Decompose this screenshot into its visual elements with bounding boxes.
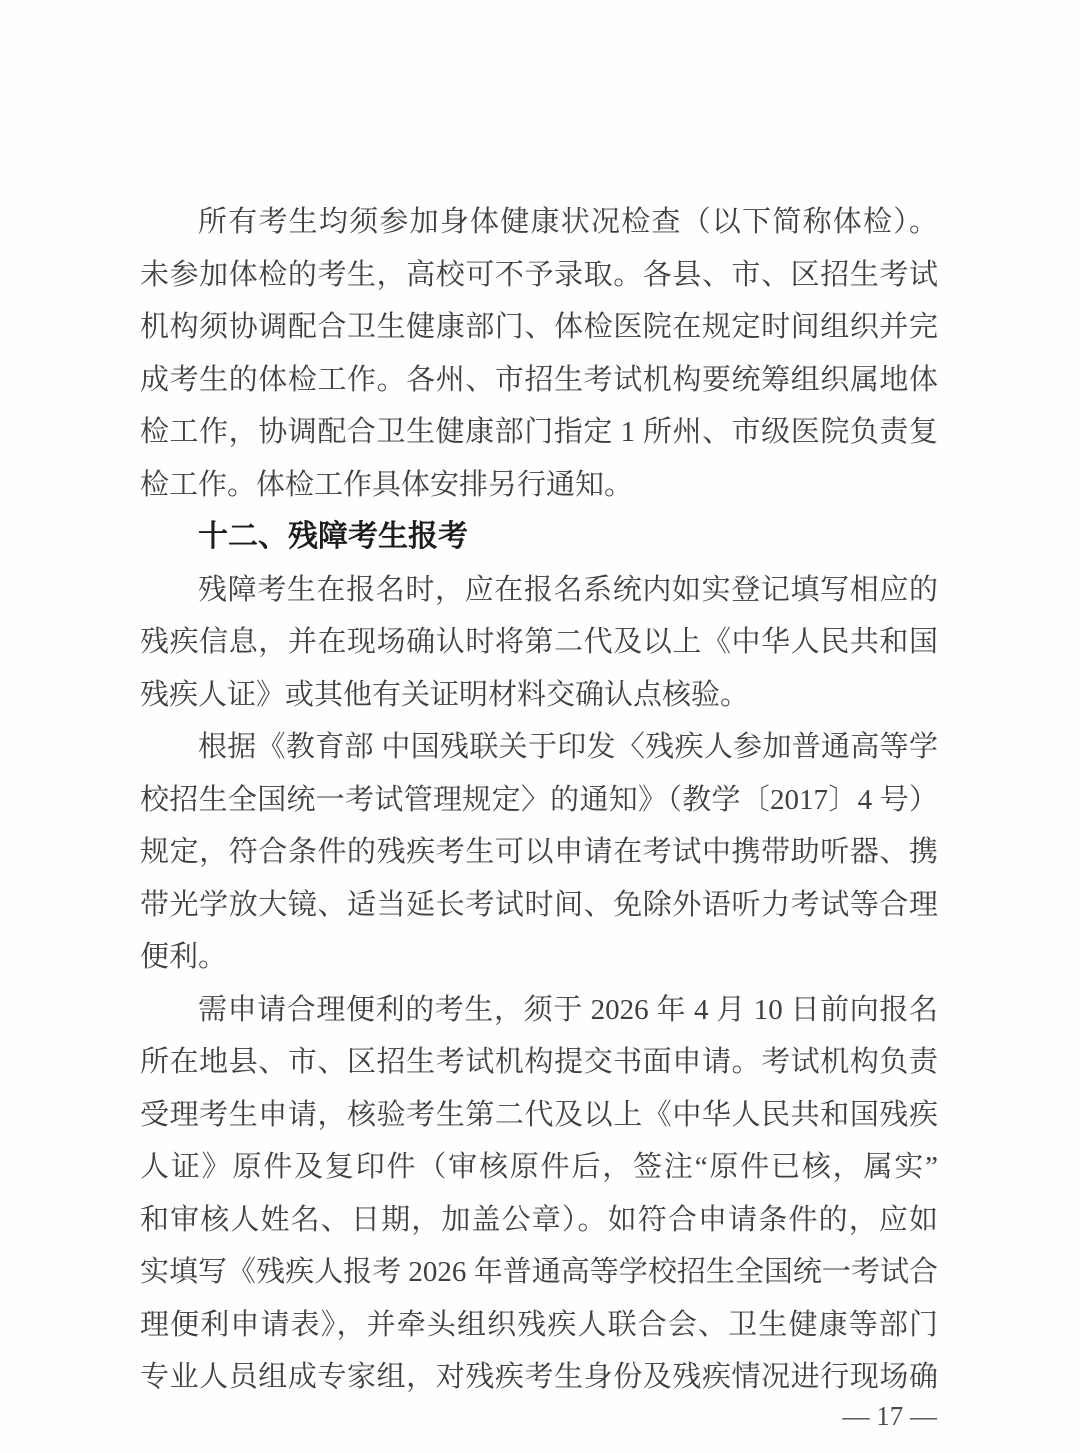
para-application-procedure-line-1: 需申请合理便利的考生，须于 2026 年 4 月 10 日前向报名: [140, 984, 938, 1037]
para-application-procedure-line-4: 人证》原件及复印件（审核原件后，签注“原件已核，属实”: [140, 1141, 938, 1194]
para-disabled-registration-line-2: 残疾信息，并在现场确认时将第二代及以上《中华人民共和国: [140, 616, 938, 669]
para-reasonable-accommodations-line-2: 校招生全国统一考试管理规定〉的通知》（教学〔2017〕4 号）: [140, 774, 938, 827]
para-reasonable-accommodations-line-1: 根据《教育部 中国残联关于印发〈残疾人参加普通高等学: [140, 721, 938, 774]
para-reasonable-accommodations-line-5: 便利。: [140, 931, 938, 984]
document-page: 所有考生均须参加身体健康状况检查（以下简称体检）。未参加体检的考生，高校可不予录…: [0, 0, 1080, 1453]
page-number: — 17 —: [843, 1396, 938, 1436]
para-physical-examination-line-3: 机构须协调配合卫生健康部门、体检医院在规定时间组织并完: [140, 301, 938, 354]
para-application-procedure-line-5: 和审核人姓名、日期，加盖公章）。如符合申请条件的，应如: [140, 1194, 938, 1247]
para-physical-examination-line-4: 成考生的体检工作。各州、市招生考试机构要统筹组织属地体: [140, 354, 938, 407]
para-application-procedure-line-2: 所在地县、市、区招生考试机构提交书面申请。考试机构负责: [140, 1036, 938, 1089]
para-application-procedure-line-7: 理便利申请表》，并牵头组织残疾人联合会、卫生健康等部门: [140, 1299, 938, 1352]
para-application-procedure-line-6: 实填写《残疾人报考 2026 年普通高等学校招生全国统一考试合: [140, 1246, 938, 1299]
para-physical-examination-line-2: 未参加体检的考生，高校可不予录取。各县、市、区招生考试: [140, 249, 938, 302]
para-application-procedure-line-8: 专业人员组成专家组，对残疾考生身份及残疾情况进行现场确: [140, 1351, 938, 1404]
para-reasonable-accommodations-line-3: 规定，符合条件的残疾考生可以申请在考试中携带助听器、携: [140, 826, 938, 879]
para-disabled-registration-line-1: 残障考生在报名时，应在报名系统内如实登记填写相应的: [140, 564, 938, 617]
para-disabled-registration-line-3: 残疾人证》或其他有关证明材料交确认点核验。: [140, 669, 938, 722]
para-physical-examination-line-5: 检工作，协调配合卫生健康部门指定 1 所州、市级医院负责复: [140, 406, 938, 459]
para-application-procedure-line-3: 受理考生申请，核验考生第二代及以上《中华人民共和国残疾: [140, 1089, 938, 1142]
para-physical-examination-line-6: 检工作。体检工作具体安排另行通知。: [140, 459, 938, 512]
text-block: 所有考生均须参加身体健康状况检查（以下简称体检）。未参加体检的考生，高校可不予录…: [140, 196, 938, 1404]
section-heading-12: 十二、残障考生报考: [140, 511, 938, 564]
para-physical-examination-line-1: 所有考生均须参加身体健康状况检查（以下简称体检）。: [140, 196, 938, 249]
para-reasonable-accommodations-line-4: 带光学放大镜、适当延长考试时间、免除外语听力考试等合理: [140, 879, 938, 932]
